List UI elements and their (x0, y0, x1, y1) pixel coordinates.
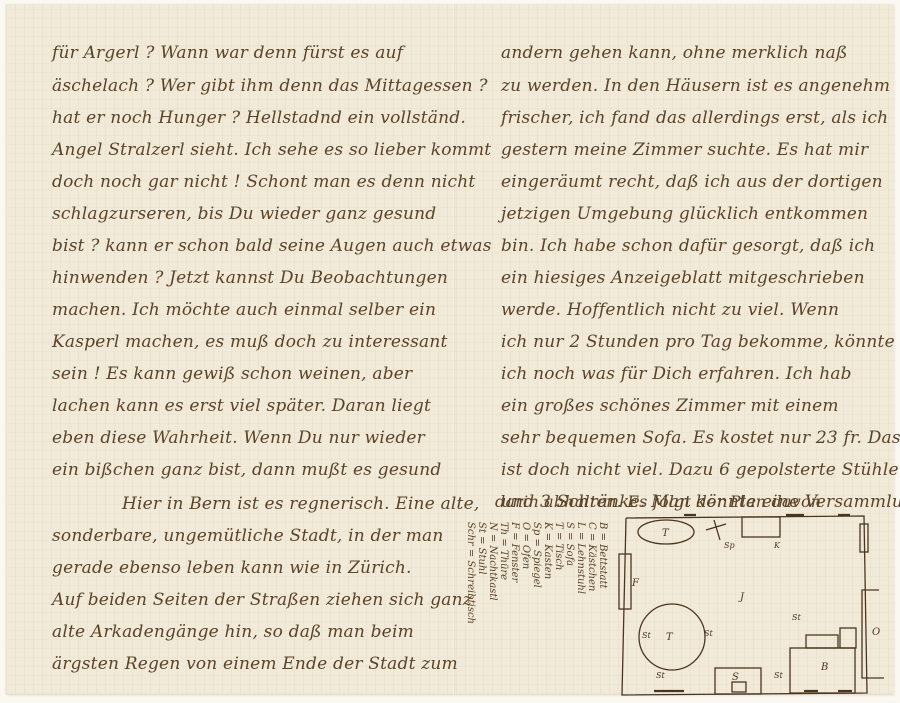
legend-item: B = Bettstatt (597, 522, 608, 589)
legend-item: C = Kästchen (586, 522, 597, 591)
side-table (840, 628, 856, 648)
text-line: machen. Ich möchte auch einmal selber ei… (52, 300, 436, 320)
svg-text:St: St (774, 671, 783, 680)
legend-item: Schr = Schreibtisch (465, 522, 476, 624)
text-line: äschelach ? Wer gibt ihm denn das Mittag… (52, 76, 488, 96)
text-line: hinwenden ? Jetzt kannst Du Beobachtunge… (52, 268, 448, 288)
plan-label-center: J (738, 592, 745, 603)
text-line: ich noch was für Dich erfahren. Ich hab (501, 364, 852, 384)
text-line: ein bißchen ganz bist, dann mußt es gesu… (52, 460, 441, 480)
text-line: bist ? kann er schon bald seine Augen au… (52, 236, 492, 256)
text-line: doch noch gar nicht ! Schont man es denn… (52, 172, 475, 192)
text-line: Hier in Bern ist es regnerisch. Eine alt… (122, 494, 479, 514)
text-line: ich nur 2 Stunden pro Tag bekomme, könnt… (501, 332, 895, 352)
text-line: Kasperl machen, es muß doch zu interessa… (52, 332, 448, 352)
plan-label-bed: B (820, 662, 828, 673)
top-cabinet (742, 517, 780, 537)
text-line: werde. Hoffentlich nicht zu viel. Wenn (501, 300, 839, 320)
nightstand (806, 635, 838, 648)
text-line: hat er noch Hunger ? Hellstadnd ein voll… (52, 108, 466, 128)
text-line: für Argerl ? Wann war denn fürst es auf (52, 43, 403, 63)
svg-text:St: St (642, 631, 651, 640)
text-line: sein ! Es kann gewiß schon weinen, aber (52, 364, 412, 384)
text-line: ist doch nicht viel. Dazu 6 gepolsterte … (501, 460, 899, 480)
text-line: lachen kann es erst viel später. Daran l… (52, 396, 431, 416)
text-line: frischer, ich fand das allerdings erst, … (501, 108, 888, 128)
floor-plan-legend: B = Bettstatt C = Kästchen L = Lehnstuhl… (470, 520, 620, 700)
svg-text:St: St (792, 613, 801, 622)
text-line: sehr bequemen Sofa. Es kostet nur 23 fr.… (501, 428, 900, 448)
text-line: zu werden. In den Häusern ist es angeneh… (501, 76, 890, 96)
plan-label-desk: S (732, 672, 739, 683)
legend-item: S = Sofa (564, 522, 575, 566)
text-line: eben diese Wahrheit. Wenn Du nur wieder (52, 428, 425, 448)
text-line: ärgsten Regen von einem Ende der Stadt z… (52, 654, 458, 674)
legend-item: St = Stuhl (476, 522, 487, 575)
text-line: jetzigen Umgebung glücklich entkommen (501, 204, 868, 224)
plan-label-oven: O (872, 627, 880, 638)
text-line: alte Arkadengänge hin, so daß man beim (52, 622, 414, 642)
text-line: gestern meine Zimmer suchte. Es hat mir (501, 140, 868, 160)
left-page: für Argerl ? Wann war denn fürst es auf … (6, 4, 453, 694)
legend-item: O = Ofen (520, 522, 531, 569)
text-line: ein großes schönes Zimmer mit einem (501, 396, 839, 416)
floor-plan-sketch: T J T B O F S St St St Sp K St St (614, 510, 900, 703)
legend-item: L = Lehnstuhl (575, 522, 586, 594)
text-line: ein hiesiges Anzeigeblatt mitgeschrieben (501, 268, 865, 288)
plan-label-roundtable: T (666, 632, 674, 643)
legend-item: K = Kasten (542, 522, 553, 579)
legend-item: Th = Thüre (498, 522, 509, 580)
legend-item: F = Fenster (509, 522, 520, 582)
legend-item: N = Nachtkastl (487, 522, 498, 601)
svg-text:Sp: Sp (724, 541, 735, 550)
text-line: Angel Stralzerl sieht. Ich sehe es so li… (52, 140, 491, 160)
text-line: gerade ebenso leben kann wie in Zürich. (52, 558, 412, 578)
text-line: eingeräumt recht, daß ich aus der dortig… (501, 172, 883, 192)
svg-text:St: St (704, 629, 713, 638)
text-line: andern gehen kann, ohne merklich naß (501, 43, 848, 63)
text-line: Auf beiden Seiten der Straßen ziehen sic… (52, 590, 472, 610)
svg-text:K: K (773, 541, 781, 550)
plan-label-table: T (662, 528, 670, 539)
text-line: bin. Ich habe schon dafür gesorgt, daß i… (501, 236, 875, 256)
text-line: sonderbare, ungemütliche Stadt, in der m… (52, 526, 444, 546)
text-line-plan-caption: darin abhalten. Es folgt der Plan davon (495, 492, 821, 511)
legend-item: Sp = Spiegel (531, 522, 542, 588)
plan-label-window: F (631, 578, 640, 589)
text-line: schlagzurseren, bis Du wieder ganz gesun… (52, 204, 436, 224)
legend-item: T = Tisch (553, 522, 564, 570)
svg-text:St: St (656, 671, 665, 680)
